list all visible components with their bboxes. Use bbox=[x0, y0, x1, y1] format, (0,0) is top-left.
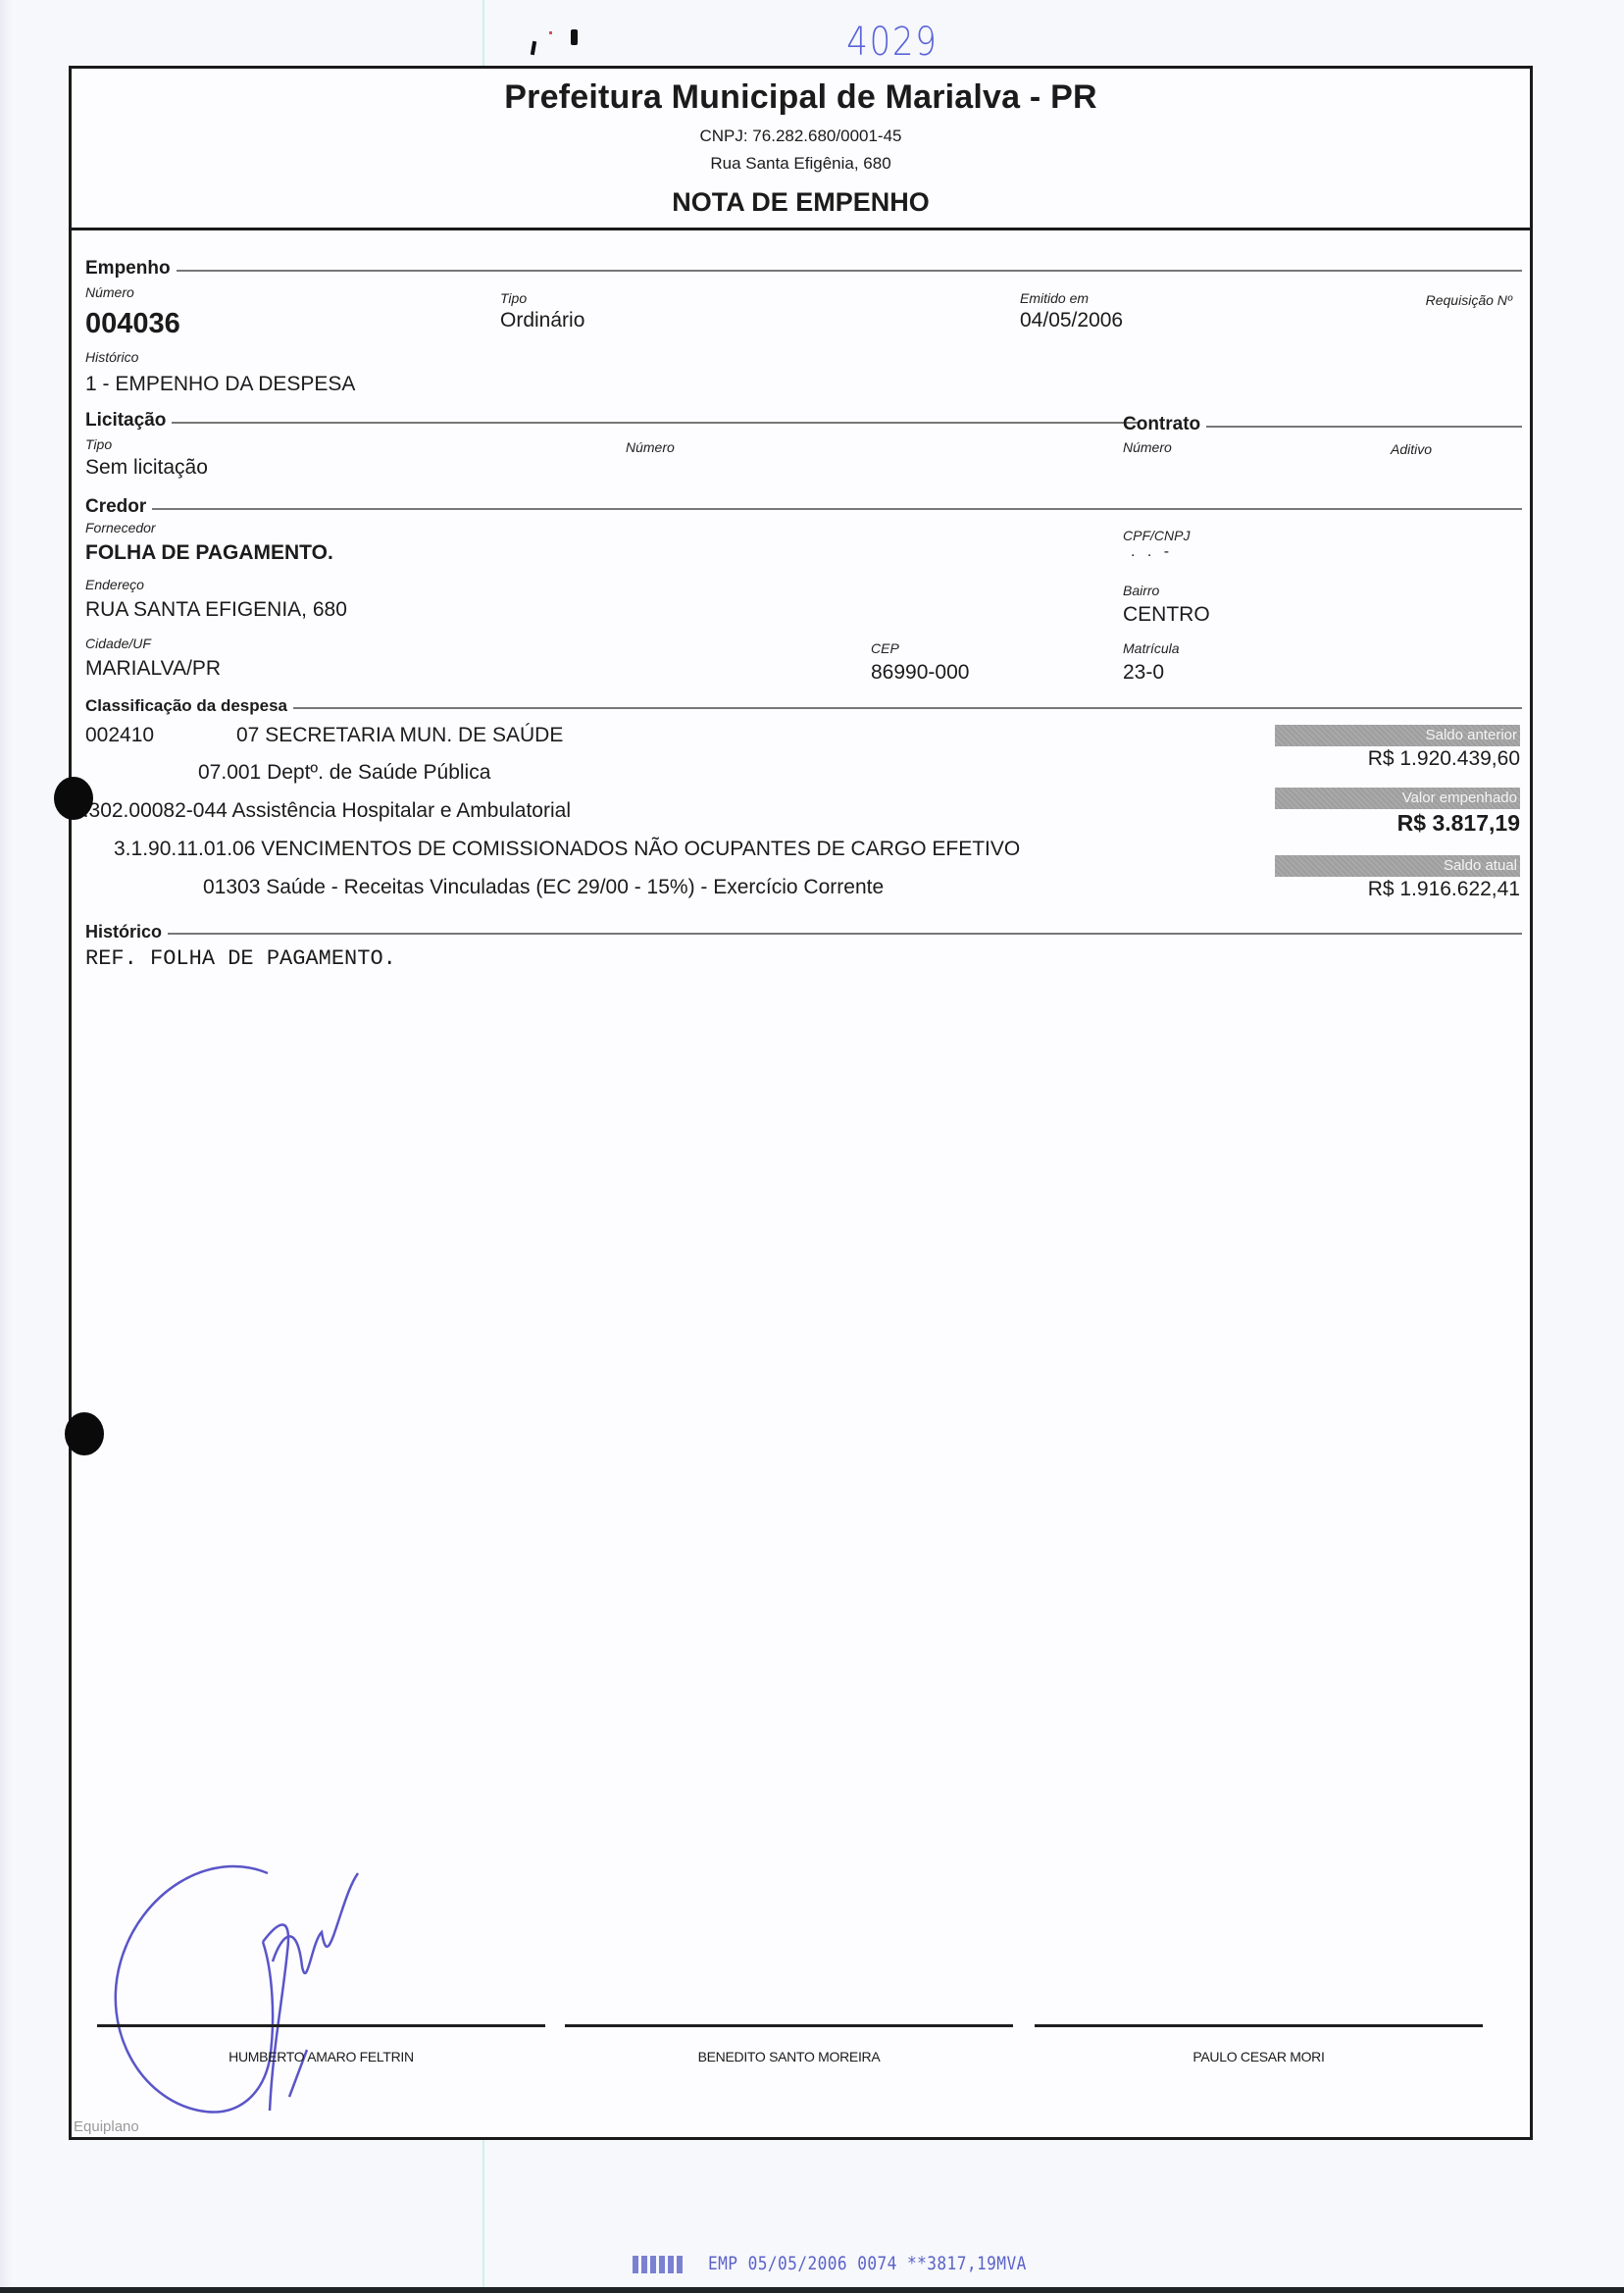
licitacao-numero-label: Número bbox=[626, 439, 675, 455]
credor-fornecedor-label: Fornecedor bbox=[85, 520, 156, 535]
signature-line-3 bbox=[1035, 2024, 1483, 2027]
empenho-numero-label: Número bbox=[85, 284, 134, 300]
municipality-address: Rua Santa Efigênia, 680 bbox=[72, 154, 1530, 174]
licitacao-tipo-label: Tipo bbox=[85, 436, 112, 452]
handwritten-signature bbox=[101, 1854, 366, 2128]
credor-cep: 86990-000 bbox=[871, 661, 969, 685]
punch-hole-upper bbox=[54, 777, 93, 820]
municipality-title: Prefeitura Municipal de Marialva - PR bbox=[72, 78, 1530, 117]
credor-endereco: RUA SANTA EFIGENIA, 680 bbox=[85, 598, 347, 622]
section-contrato: Contrato bbox=[1123, 414, 1522, 435]
classificacao-unidade: 07.001 Deptº. de Saúde Pública bbox=[198, 761, 490, 785]
valor-empenhado-label: Valor empenhado bbox=[1275, 788, 1520, 809]
classificacao-elemento: 3.1.90.11.01.06 VENCIMENTOS DE COMISSION… bbox=[114, 838, 1020, 861]
punch-hole-lower bbox=[65, 1412, 104, 1455]
credor-bairro: CENTRO bbox=[1123, 603, 1210, 627]
contrato-numero-label: Número bbox=[1123, 439, 1172, 455]
empenho-tipo: Ordinário bbox=[500, 309, 584, 332]
credor-bairro-label: Bairro bbox=[1123, 583, 1159, 598]
credor-cpf-cnpj: . . - bbox=[1131, 543, 1173, 561]
scan-edge-shadow bbox=[0, 0, 12, 2293]
empenho-emitido-label: Emitido em bbox=[1020, 290, 1089, 306]
section-classificacao: Classificação da despesa bbox=[85, 696, 1522, 716]
empenho-numero: 004036 bbox=[85, 308, 180, 340]
credor-cidade: MARIALVA/PR bbox=[85, 657, 221, 681]
historico-text: REF. FOLHA DE PAGAMENTO. bbox=[85, 946, 396, 971]
section-credor: Credor bbox=[85, 496, 1522, 518]
section-empenho: Empenho bbox=[85, 258, 1522, 280]
signature-name-3: PAULO CESAR MORI bbox=[1035, 2049, 1483, 2064]
mechanical-stamp: EMP 05/05/2006 0074 **3817,19MVA bbox=[708, 2253, 1027, 2274]
saldo-atual-label: Saldo atual bbox=[1275, 855, 1520, 877]
licitacao-tipo: Sem licitação bbox=[85, 456, 208, 480]
classificacao-recurso: 01303 Saúde - Receitas Vinculadas (EC 29… bbox=[203, 876, 884, 899]
section-historico: Histórico bbox=[85, 922, 1522, 943]
valor-empenhado-value: R$ 3.817,19 bbox=[1275, 810, 1520, 837]
signature-line-1 bbox=[97, 2024, 545, 2027]
software-brand: Equiplano bbox=[74, 2118, 139, 2135]
saldo-atual-value: R$ 1.916.622,41 bbox=[1275, 878, 1520, 901]
empenho-historico-label: Histórico bbox=[85, 349, 138, 365]
classificacao-orgao: 07 SECRETARIA MUN. DE SAÚDE bbox=[236, 724, 563, 747]
empenho-emitido: 04/05/2006 bbox=[1020, 309, 1123, 332]
handwritten-page-number: 4029 bbox=[846, 20, 938, 65]
credor-matricula: 23-0 bbox=[1123, 661, 1164, 685]
classificacao-codigo: 002410 bbox=[85, 724, 154, 747]
saldo-anterior-label: Saldo anterior bbox=[1275, 725, 1520, 746]
section-classificacao-label: Classificação da despesa bbox=[85, 696, 287, 716]
empenho-historico: 1 - EMPENHO DA DESPESA bbox=[85, 373, 355, 396]
credor-cidade-label: Cidade/UF bbox=[85, 636, 151, 651]
scan-bottom-edge bbox=[0, 2287, 1624, 2293]
section-licitacao-label: Licitação bbox=[85, 410, 166, 432]
credor-cpf-cnpj-label: CPF/CNPJ bbox=[1123, 528, 1190, 543]
document-title: NOTA DE EMPENHO bbox=[72, 187, 1530, 218]
contrato-aditivo-label: Aditivo bbox=[1391, 441, 1432, 457]
section-historico-label: Histórico bbox=[85, 922, 162, 943]
signature-name-2: BENEDITO SANTO MOREIRA bbox=[565, 2049, 1013, 2064]
signature-name-1: HUMBERTO AMARO FELTRIN bbox=[97, 2049, 545, 2064]
section-contrato-label: Contrato bbox=[1123, 414, 1200, 435]
document-header: Prefeitura Municipal de Marialva - PR CN… bbox=[72, 69, 1530, 230]
municipality-cnpj: CNPJ: 76.282.680/0001-45 bbox=[72, 127, 1530, 146]
staple-marks bbox=[530, 27, 628, 67]
empenho-tipo-label: Tipo bbox=[500, 290, 527, 306]
credor-fornecedor: FOLHA DE PAGAMENTO. bbox=[85, 541, 333, 565]
signature-line-2 bbox=[565, 2024, 1013, 2027]
document-frame: Prefeitura Municipal de Marialva - PR CN… bbox=[69, 66, 1533, 2140]
stamp-logo-icon bbox=[633, 2256, 684, 2273]
classificacao-funcional: 0.302.00082-044 Assistência Hospitalar e… bbox=[62, 799, 571, 823]
empenho-requisicao-label: Requisição Nº bbox=[1426, 292, 1512, 308]
section-credor-label: Credor bbox=[85, 496, 146, 518]
saldo-anterior-value: R$ 1.920.439,60 bbox=[1275, 747, 1520, 771]
credor-endereco-label: Endereço bbox=[85, 577, 144, 592]
credor-matricula-label: Matrícula bbox=[1123, 640, 1180, 656]
section-licitacao: Licitação bbox=[85, 410, 1140, 432]
credor-cep-label: CEP bbox=[871, 640, 899, 656]
section-empenho-label: Empenho bbox=[85, 258, 171, 280]
